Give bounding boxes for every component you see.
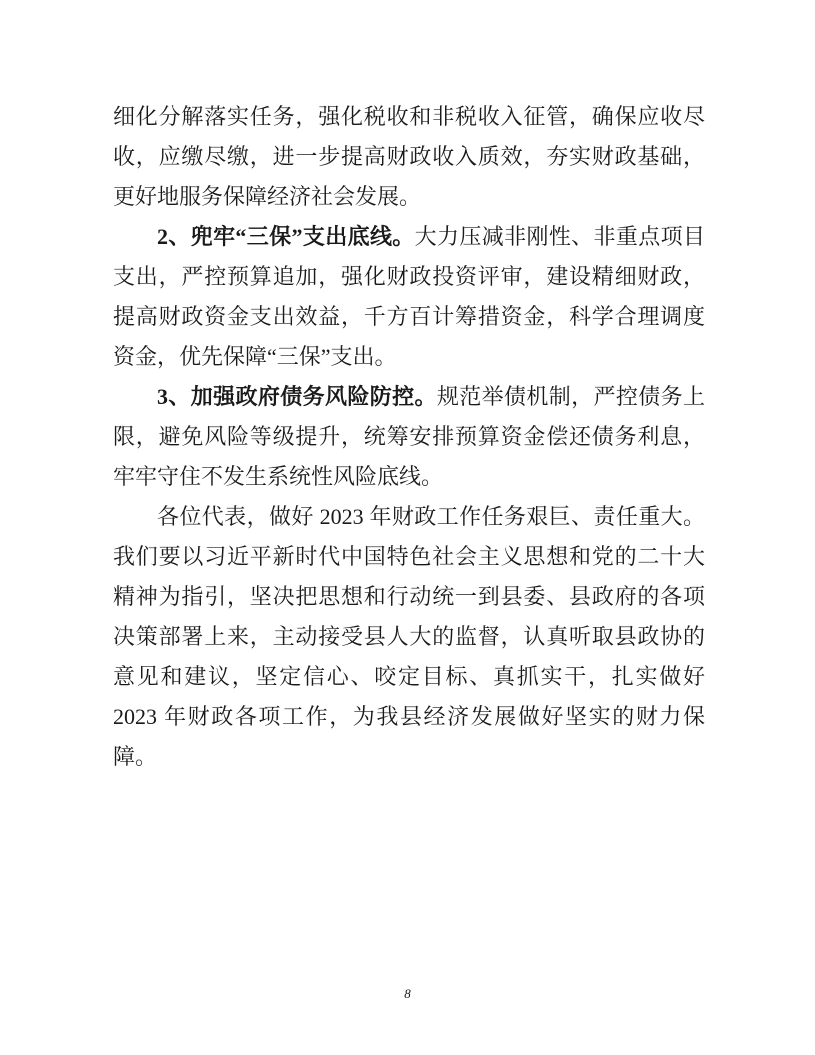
paragraph: 各位代表，做好 2023 年财政工作任务艰巨、责任重大。我们要以习近平新时代中国… (113, 497, 705, 777)
paragraph: 3、加强政府债务风险防控。规范举债机制，严控债务上限，避免风险等级提升，统筹安排… (113, 377, 705, 497)
paragraph-text: 细化分解落实任务，强化税收和非税收入征管，确保应收尽收，应缴尽缴，进一步提高财政… (113, 104, 705, 209)
page-number: 8 (0, 986, 815, 1002)
paragraph: 2、兜牢“三保”支出底线。大力压减非刚性、非重点项目支出，严控预算追加，强化财政… (113, 217, 705, 377)
document-body: 细化分解落实任务，强化税收和非税收入征管，确保应收尽收，应缴尽缴，进一步提高财政… (113, 97, 705, 777)
paragraph: 细化分解落实任务，强化税收和非税收入征管，确保应收尽收，应缴尽缴，进一步提高财政… (113, 97, 705, 217)
paragraph-lead: 3、加强政府债务风险防控。 (157, 384, 437, 409)
document-page: 细化分解落实任务，强化税收和非税收入征管，确保应收尽收，应缴尽缴，进一步提高财政… (0, 0, 815, 1055)
paragraph-text: 各位代表，做好 2023 年财政工作任务艰巨、责任重大。我们要以习近平新时代中国… (113, 504, 705, 769)
paragraph-lead: 2、兜牢“三保”支出底线。 (157, 224, 415, 249)
